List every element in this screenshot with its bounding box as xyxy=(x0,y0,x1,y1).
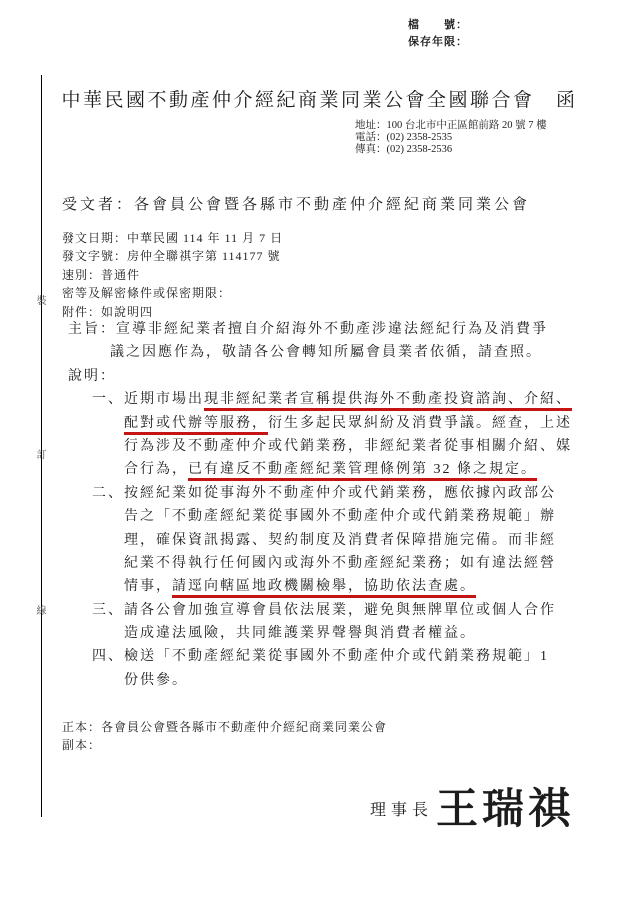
copies-block: 正本：各會員公會暨各縣市不動產仲介經紀商業同業公會 副本： xyxy=(62,719,387,754)
body-line: 三、請各公會加強宣導會員依法展業，避免與無牌單位或個人合作 xyxy=(0,599,639,622)
red-underlined-text: 配對或代辦等服務， xyxy=(124,416,268,435)
body-text: 二、按經紀業如從事海外不動產仲介或代銷業務，應依據內政部公 xyxy=(92,486,556,501)
recipient-line: 受文者：各會員公會暨各縣市不動產仲介經紀商業同業公會 xyxy=(62,193,530,214)
body-text: 告之「不動產經紀業從事國外不動產仲介或代銷業務規範」辦 xyxy=(124,509,556,524)
body-line: 造成違法風險，共同維護業界聲譽與消費者權益。 xyxy=(0,622,639,645)
document-body: 主旨：宣導非經紀業者擅自介紹海外不動產涉違法經紀行為及消費爭議之因應作為，敬請各… xyxy=(0,318,639,692)
body-line: 情事，請逕向轄區地政機關檢舉，協助依法查處。 xyxy=(0,575,639,598)
body-line: 告之「不動產經紀業從事國外不動產仲介或代銷業務規範」辦 xyxy=(0,505,639,528)
file-number-label: 檔 號： xyxy=(408,17,468,34)
body-line: 配對或代辦等服務，衍生多起民眾糾紛及消費爭議。經查，上述 xyxy=(0,412,639,435)
body-text: 三、請各公會加強宣導會員依法展業，避免與無牌單位或個人合作 xyxy=(92,603,556,618)
file-number-block: 檔 號： 保存年限： xyxy=(408,17,468,51)
body-text: 造成違法風險，共同維護業界聲譽與消費者權益。 xyxy=(124,626,476,641)
body-text: 四、檢送「不動產經紀業從事國外不動產仲介或代銷業務規範」1 xyxy=(92,649,549,664)
speed-class-line: 速別：普通件 xyxy=(62,266,283,284)
body-line: 說明： xyxy=(0,365,639,388)
body-line: 議之因應作為，敬請各公會轉知所屬會員業者依循，請查照。 xyxy=(0,341,639,364)
body-text: 份供參。 xyxy=(124,673,188,688)
signer-name: 王瑞祺 xyxy=(436,776,574,836)
security-class-line: 密等及解密條件或保密期限： xyxy=(62,284,283,302)
copy-recipient-line: 副本： xyxy=(62,737,387,755)
issue-date-line: 發文日期：中華民國 114 年 11 月 7 日 xyxy=(62,229,283,247)
original-recipient-line: 正本：各會員公會暨各縣市不動產仲介經紀商業同業公會 xyxy=(62,719,387,737)
org-address: 地址：100 台北市中正區館前路 20 號 7 樓 xyxy=(355,120,547,132)
body-text: 合行為， xyxy=(124,462,188,477)
body-line: 二、按經紀業如從事海外不動產仲介或代銷業務，應依據內政部公 xyxy=(0,482,639,505)
body-text: 理，確保資訊揭露、契約制度及消費者保障措施完備。而非經 xyxy=(124,533,556,548)
body-line: 主旨：宣導非經紀業者擅自介紹海外不動產涉違法經紀行為及消費爭 xyxy=(0,318,639,341)
retention-period-label: 保存年限： xyxy=(408,34,468,51)
document-title: 中華民國不動產仲介經紀商業同業公會全國聯合會 函 xyxy=(0,85,639,112)
body-text: 行為涉及不動產仲介或代銷業務，非經紀業者從事相關介紹、媒 xyxy=(124,439,572,454)
official-letter-page: 裝 訂 線 檔 號： 保存年限： 中華民國不動產仲介經紀商業同業公會全國聯合會 … xyxy=(0,0,639,905)
red-underlined-text: 請逕向轄區地政機關檢舉，協助依法查處。 xyxy=(172,579,476,598)
body-line: 四、檢送「不動產經紀業從事國外不動產仲介或代銷業務規範」1 xyxy=(0,645,639,668)
body-line: 一、近期市場出現非經紀業者宣稱提供海外不動產投資諮詢、介紹、 xyxy=(0,388,639,411)
document-meta-block: 發文日期：中華民國 114 年 11 月 7 日 發文字號：房仲全聯祺字第 11… xyxy=(62,229,283,321)
org-fax: 傳真：(02) 2358-2536 xyxy=(355,144,547,156)
binding-mark-zhuang: 裝 xyxy=(33,292,50,307)
body-line: 理，確保資訊揭露、契約制度及消費者保障措施完備。而非經 xyxy=(0,529,639,552)
body-line: 合行為，已有違反不動產經紀業管理條例第 32 條之規定。 xyxy=(0,458,639,481)
body-text: 紀業不得執行任何國內或海外不動產經紀業務；如有違法經營 xyxy=(124,556,556,571)
body-text: 衍生多起民眾糾紛及消費爭議。經查，上述 xyxy=(268,416,572,431)
body-line: 份供參。 xyxy=(0,669,639,692)
body-line: 紀業不得執行任何國內或海外不動產經紀業務；如有違法經營 xyxy=(0,552,639,575)
body-text: 一、近期市場出 xyxy=(92,392,204,407)
body-line: 行為涉及不動產仲介或代銷業務，非經紀業者從事相關介紹、媒 xyxy=(0,435,639,458)
body-text: 說明： xyxy=(68,369,116,384)
body-text: 主旨：宣導非經紀業者擅自介紹海外不動產涉違法經紀行為及消費爭 xyxy=(68,322,548,337)
org-contact-block: 地址：100 台北市中正區館前路 20 號 7 樓 電話：(02) 2358-2… xyxy=(355,120,547,156)
doc-number-line: 發文字號：房仲全聯祺字第 114177 號 xyxy=(62,247,283,265)
signer-title: 理事長 xyxy=(370,797,433,820)
red-underlined-text: 現非經紀業者宣稱提供海外不動產投資諮詢、介紹、 xyxy=(204,392,572,411)
body-text: 議之因應作為，敬請各公會轉知所屬會員業者依循，請查照。 xyxy=(110,345,542,360)
red-underlined-text: 已有違反不動產經紀業管理條例第 32 條之規定。 xyxy=(188,462,537,481)
body-text: 情事， xyxy=(124,579,172,594)
org-phone: 電話：(02) 2358-2535 xyxy=(355,132,547,144)
